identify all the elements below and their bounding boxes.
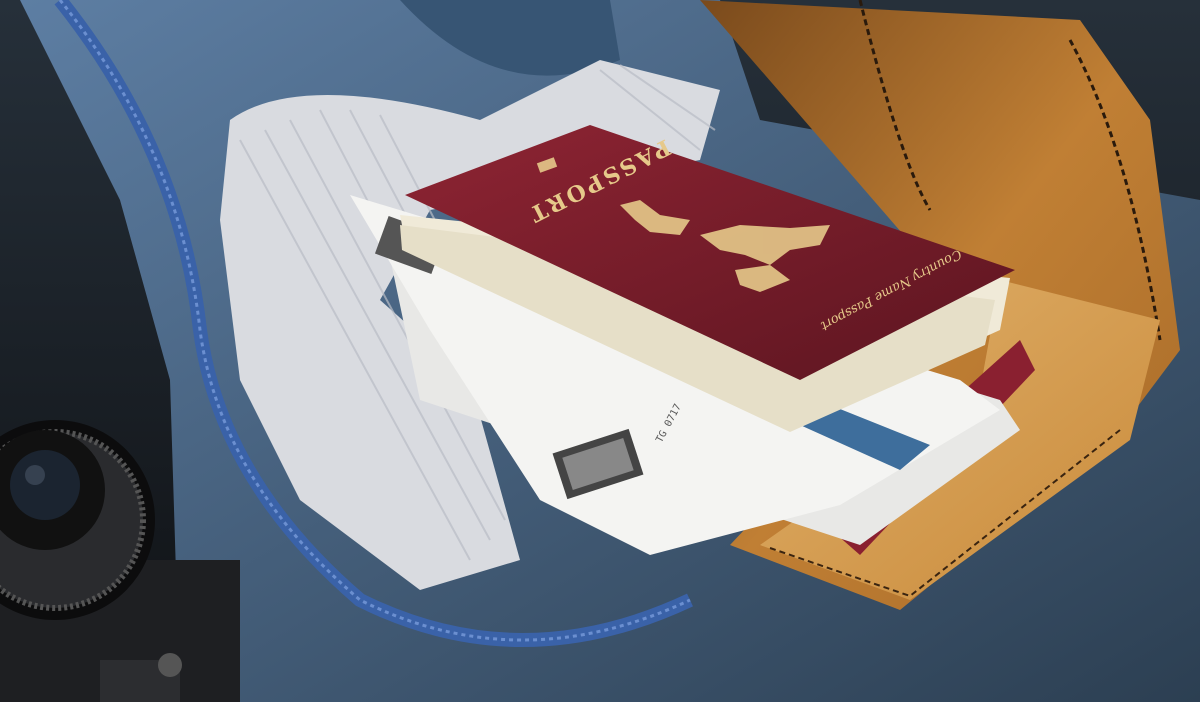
photo-scene: PASSPORT Country Name Passport TG 0717 — [0, 0, 1200, 702]
camera — [0, 0, 1200, 702]
